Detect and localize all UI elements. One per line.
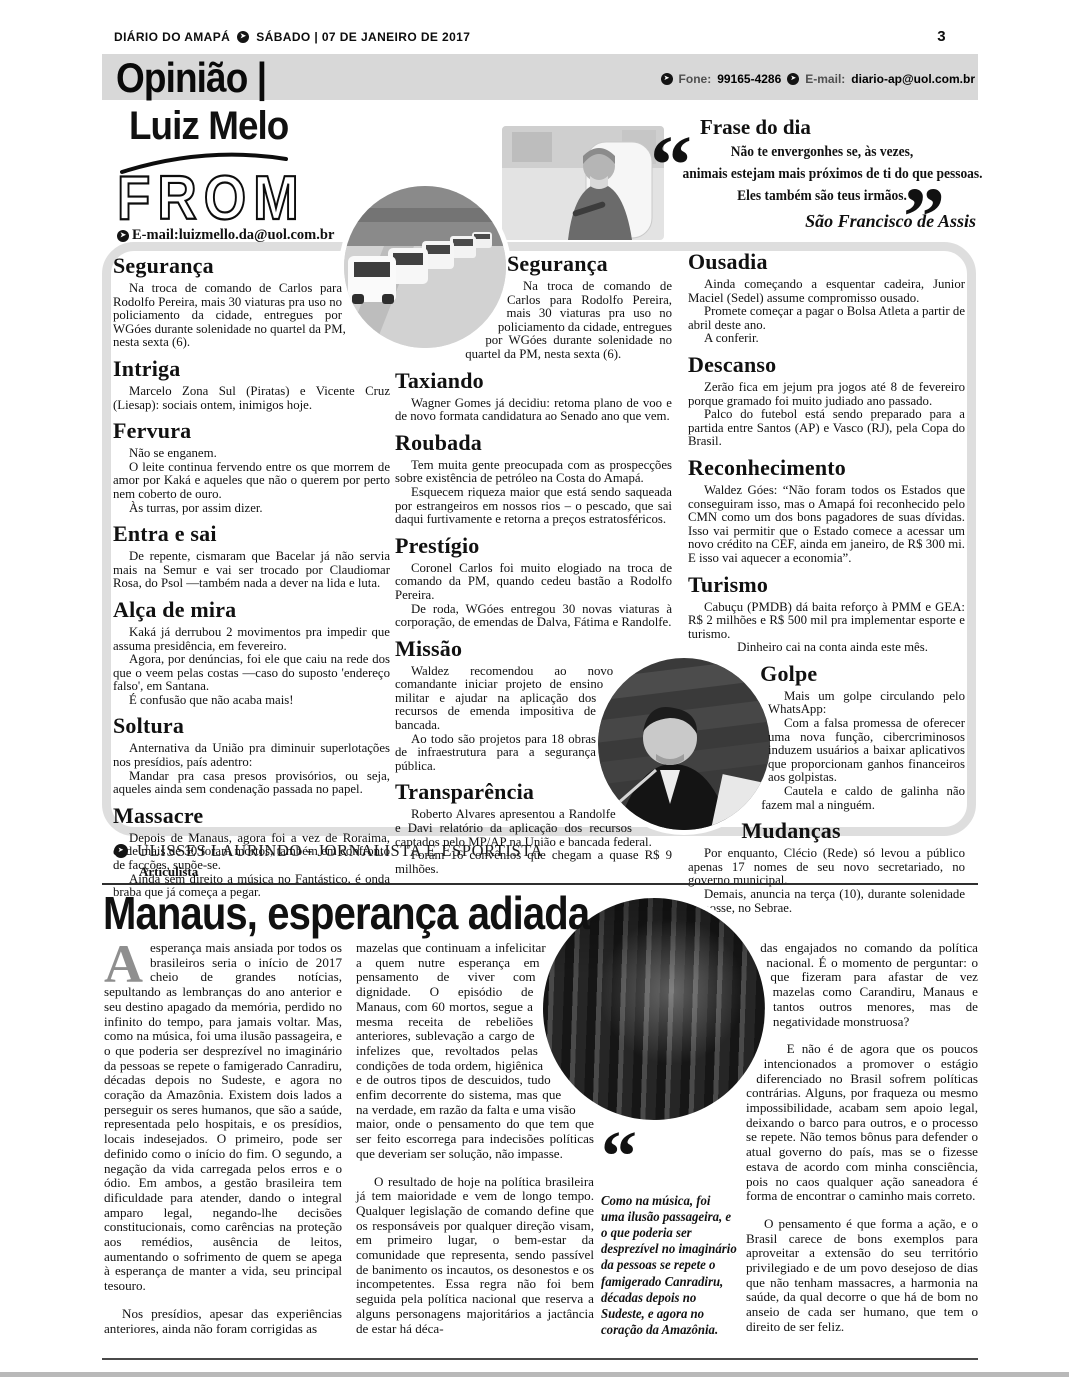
article-column-1: Aesperança mais ansiada por todos os bra… — [104, 941, 342, 1336]
note-paragraph: É confusão que não acaba mais! — [113, 694, 390, 708]
note-title: Descanso — [688, 353, 965, 377]
byline: ➤ ULISSES LAURINDO - JORNALISTA E ESPORT… — [114, 841, 543, 861]
phone-label: Fone: — [679, 72, 712, 86]
article-paragraph: Aesperança mais ansiada por todos os bra… — [104, 941, 342, 1294]
note-body: Anternativa da União pra diminuir superl… — [113, 742, 390, 796]
phone-value: 99165-4286 — [717, 72, 781, 86]
note-body: Não se enganem.O leite continua fervendo… — [113, 447, 390, 515]
quote-of-day-title: Frase do dia — [700, 115, 811, 140]
bottom-rule — [102, 1358, 978, 1360]
note-title: Ousadia — [688, 250, 965, 274]
note-body: Ainda começando a esquentar cadeira, Jun… — [688, 278, 965, 346]
article-paragraph: O resultado de hoje na política brasilei… — [356, 1175, 594, 1337]
newspaper-name: DIÁRIO DO AMAPÁ — [114, 30, 230, 44]
contact-bar: ➤ Fone: 99165-4286 ➤ E-mail: diario-ap@u… — [620, 72, 975, 86]
page-number: 3 — [937, 28, 946, 45]
note-paragraph: Ainda começando a esquentar cadeira, Jun… — [688, 278, 965, 305]
masthead: DIÁRIO DO AMAPÁ ➤ SÁBADO | 07 DE JANEIRO… — [114, 28, 946, 45]
edition-date: SÁBADO | 07 DE JANEIRO DE 2017 — [256, 30, 470, 44]
page-edge — [0, 1372, 1069, 1377]
byline-badge-icon: ➤ — [114, 844, 128, 858]
article-paragraph: E não é de agora que os poucos intencion… — [746, 1042, 978, 1204]
article-text: esperança mais ansiada por todos os bras… — [104, 940, 342, 1293]
note-paragraph: Tem muita gente preocupada com as prospe… — [395, 459, 672, 486]
masthead-left: DIÁRIO DO AMAPÁ ➤ SÁBADO | 07 DE JANEIRO… — [114, 30, 470, 44]
note-paragraph: Promete começar a pagar o Bolsa Atleta a… — [688, 305, 965, 332]
note-title: Massacre — [113, 804, 390, 828]
note-body: Por enquanto, Clécio (Rede) só levou a p… — [688, 847, 965, 915]
note-item: Alça de mira Kaká já derrubou 2 moviment… — [113, 598, 390, 708]
quote-line: Não te envergonhes se, às vezes, — [683, 141, 962, 163]
note-paragraph: Wagner Gomes já decidiu: retoma plano de… — [395, 397, 672, 424]
note-paragraph: Waldez Góes: “Não foram todos os Estados… — [688, 484, 965, 566]
article-column-4: das engajados no comando da política nac… — [746, 941, 978, 1335]
note-paragraph: Mandar pra casa presos provisórios, ou s… — [113, 770, 390, 797]
note-paragraph: Esquecem riqueza maior que está sendo sa… — [395, 486, 672, 527]
note-body: Tem muita gente preocupada com as prospe… — [395, 459, 672, 527]
columnist-name: Luiz Melo — [129, 104, 288, 149]
notes-column-2: Segurança Na troca de comando de Carlos … — [395, 252, 672, 883]
note-title: Reconhecimento — [688, 456, 965, 480]
article-paragraph: O pensamento é que forma a ação, e o Bra… — [746, 1217, 978, 1335]
note-paragraph: Por enquanto, Clécio (Rede) só levou a p… — [688, 847, 965, 888]
note-item: Fervura Não se enganem.O leite continua … — [113, 419, 390, 515]
note-paragraph: O leite continua fervendo entre os que m… — [113, 461, 390, 502]
byline-rule — [102, 883, 978, 885]
newspaper-page: DIÁRIO DO AMAPÁ ➤ SÁBADO | 07 DE JANEIRO… — [0, 0, 1069, 1383]
note-paragraph: A conferir. — [688, 332, 965, 346]
columnist-email-icon: ➤ — [117, 230, 129, 242]
note-title: Turismo — [688, 573, 965, 597]
note-title: Intriga — [113, 357, 390, 381]
notes-column-3: Ousadia Ainda começando a esquentar cade… — [688, 250, 965, 922]
note-paragraph: Kaká já derrubou 2 movimentos pra impedi… — [113, 626, 390, 653]
byline-role: Articulista — [139, 864, 198, 880]
email-icon: ➤ — [787, 73, 799, 85]
pull-quote: “ Como na música, foi uma ilusão passage… — [601, 1134, 741, 1338]
note-item: Ousadia Ainda começando a esquentar cade… — [688, 250, 965, 346]
note-item: Mudanças Por enquanto, Clécio (Rede) só … — [688, 819, 965, 915]
article-paragraph: Nos presídios, apesar das experiências a… — [104, 1307, 342, 1336]
note-title: Alça de mira — [113, 598, 390, 622]
article-column-2: mazelas que continuam a infelicitar a qu… — [356, 941, 594, 1336]
email-value: diario-ap@uol.com.br — [851, 72, 975, 86]
note-body: Wagner Gomes já decidiu: retoma plano de… — [395, 397, 672, 424]
column-title: FROM — [117, 163, 306, 234]
photo-wrap-spacer — [342, 254, 390, 354]
note-body: Kaká já derrubou 2 movimentos pra impedi… — [113, 626, 390, 708]
note-title: Soltura — [113, 714, 390, 738]
byline-author: ULISSES LAURINDO - JORNALISTA E ESPORTIS… — [137, 841, 543, 861]
note-item: Reconhecimento Waldez Góes: “Não foram t… — [688, 456, 965, 566]
note-item: Descanso Zerão fica em jejum pra jogos a… — [688, 353, 965, 449]
note-paragraph: Demais, anuncia na terça (10), durante s… — [688, 888, 965, 915]
quote-author: São Francisco de Assis — [690, 211, 976, 232]
note-body: Marcelo Zona Sul (Piratas) e Vicente Cru… — [113, 385, 390, 412]
note-title: Fervura — [113, 419, 390, 443]
columnist-photo — [502, 126, 664, 240]
note-paragraph: Agora, por denúncias, foi ele que caiu n… — [113, 653, 390, 694]
note-paragraph: Anternativa da União pra diminuir superl… — [113, 742, 390, 769]
note-body: De repente, cismaram que Bacelar já não … — [113, 550, 390, 591]
masthead-globe-icon: ➤ — [237, 31, 249, 43]
phone-icon: ➤ — [661, 73, 673, 85]
note-item: Intriga Marcelo Zona Sul (Piratas) e Vic… — [113, 357, 390, 412]
notes-column-1: Segurança Na troca de comando de Carlos … — [113, 254, 390, 907]
note-title: Entra e sai — [113, 522, 390, 546]
article-paragraph: das engajados no comando da política nac… — [746, 941, 978, 1029]
note-paragraph: De repente, cismaram que Bacelar já não … — [113, 550, 390, 591]
pull-quote-text: Como na música, foi uma ilusão passageir… — [601, 1193, 737, 1339]
note-paragraph: Não se enganem. — [113, 447, 390, 461]
note-paragraph: Marcelo Zona Sul (Piratas) e Vicente Cru… — [113, 385, 390, 412]
note-body: Waldez Góes: “Não foram todos os Estados… — [688, 484, 965, 566]
email-label: E-mail: — [805, 72, 845, 86]
note-item: Entra e sai De repente, cismaram que Bac… — [113, 522, 390, 591]
note-paragraph: Às turras, por assim dizer. — [113, 502, 390, 516]
note-paragraph: Cabuçu (PMDB) dá baita reforço à PMM e G… — [688, 601, 965, 642]
pull-quote-mark: “ — [601, 1134, 741, 1179]
note-item: Soltura Anternativa da União pra diminui… — [113, 714, 390, 796]
drop-cap: A — [104, 943, 143, 985]
note-paragraph: De roda, WGóes entregou 30 novas viatura… — [395, 603, 672, 630]
section-title: Opinião | — [116, 54, 266, 102]
article-headline: Manaus, esperança adiada — [103, 886, 589, 940]
note-paragraph: Zerão fica em jejum pra jogos até 8 de f… — [688, 381, 965, 408]
